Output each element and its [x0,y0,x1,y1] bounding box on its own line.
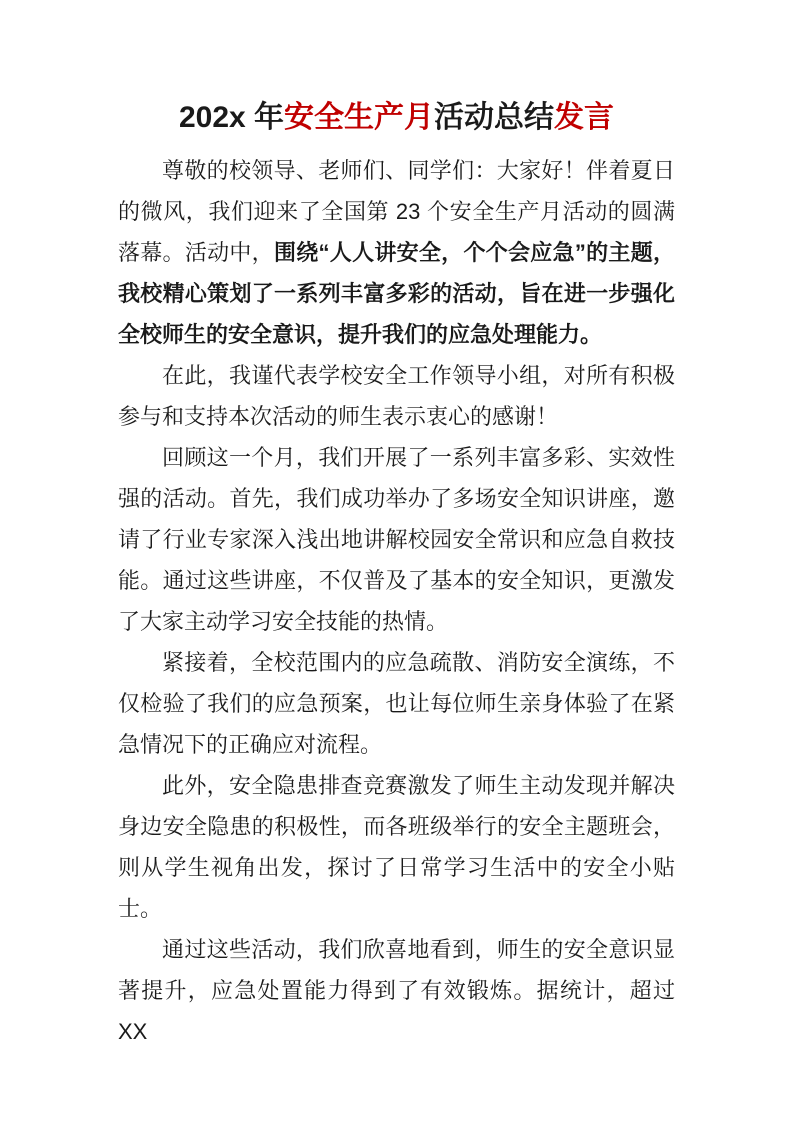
text-segment: 此外，安全隐患排查竞赛激发了师生主动发现并解决身边安全隐患的积极性，而各班级举行… [118,773,675,921]
paragraph: 紧接着，全校范围内的应急疏散、消防安全演练，不仅检验了我们的应急预案，也让每位师… [118,642,675,765]
document-page: 202x 年安全生产月活动总结发言 尊敬的校领导、老师们、同学们：大家好！伴着夏… [0,0,793,1122]
title-segment: 202x 年 [179,101,284,134]
paragraph: 在此，我谨代表学校安全工作领导小组，对所有积极参与和支持本次活动的师生表示衷心的… [118,355,675,437]
paragraph: 通过这些活动，我们欣喜地看到，师生的安全意识显著提升，应急处置能力得到了有效锻炼… [118,929,675,1052]
title-segment: 安全生产月 [284,101,434,134]
document-body: 尊敬的校领导、老师们、同学们：大家好！伴着夏日的微风，我们迎来了全国第 23 个… [118,150,675,1052]
paragraph: 此外，安全隐患排查竞赛激发了师生主动发现并解决身边安全隐患的积极性，而各班级举行… [118,765,675,929]
paragraph: 回顾这一个月，我们开展了一系列丰富多彩、实效性强的活动。首先，我们成功举办了多场… [118,437,675,642]
text-segment: 通过这些活动，我们欣喜地看到，师生的安全意识显著提升，应急处置能力得到了有效锻炼… [118,937,675,1044]
text-segment: 紧接着，全校范围内的应急疏散、消防安全演练，不仅检验了我们的应急预案，也让每位师… [118,650,675,757]
text-segment: 在此，我谨代表学校安全工作领导小组，对所有积极参与和支持本次活动的师生表示衷心的… [118,363,675,429]
paragraph: 尊敬的校领导、老师们、同学们：大家好！伴着夏日的微风，我们迎来了全国第 23 个… [118,150,675,355]
text-segment: 回顾这一个月，我们开展了一系列丰富多彩、实效性强的活动。首先，我们成功举办了多场… [118,445,675,634]
document-title: 202x 年安全生产月活动总结发言 [0,95,793,140]
title-segment: 活动总结 [434,101,554,134]
title-segment: 发言 [554,101,614,134]
